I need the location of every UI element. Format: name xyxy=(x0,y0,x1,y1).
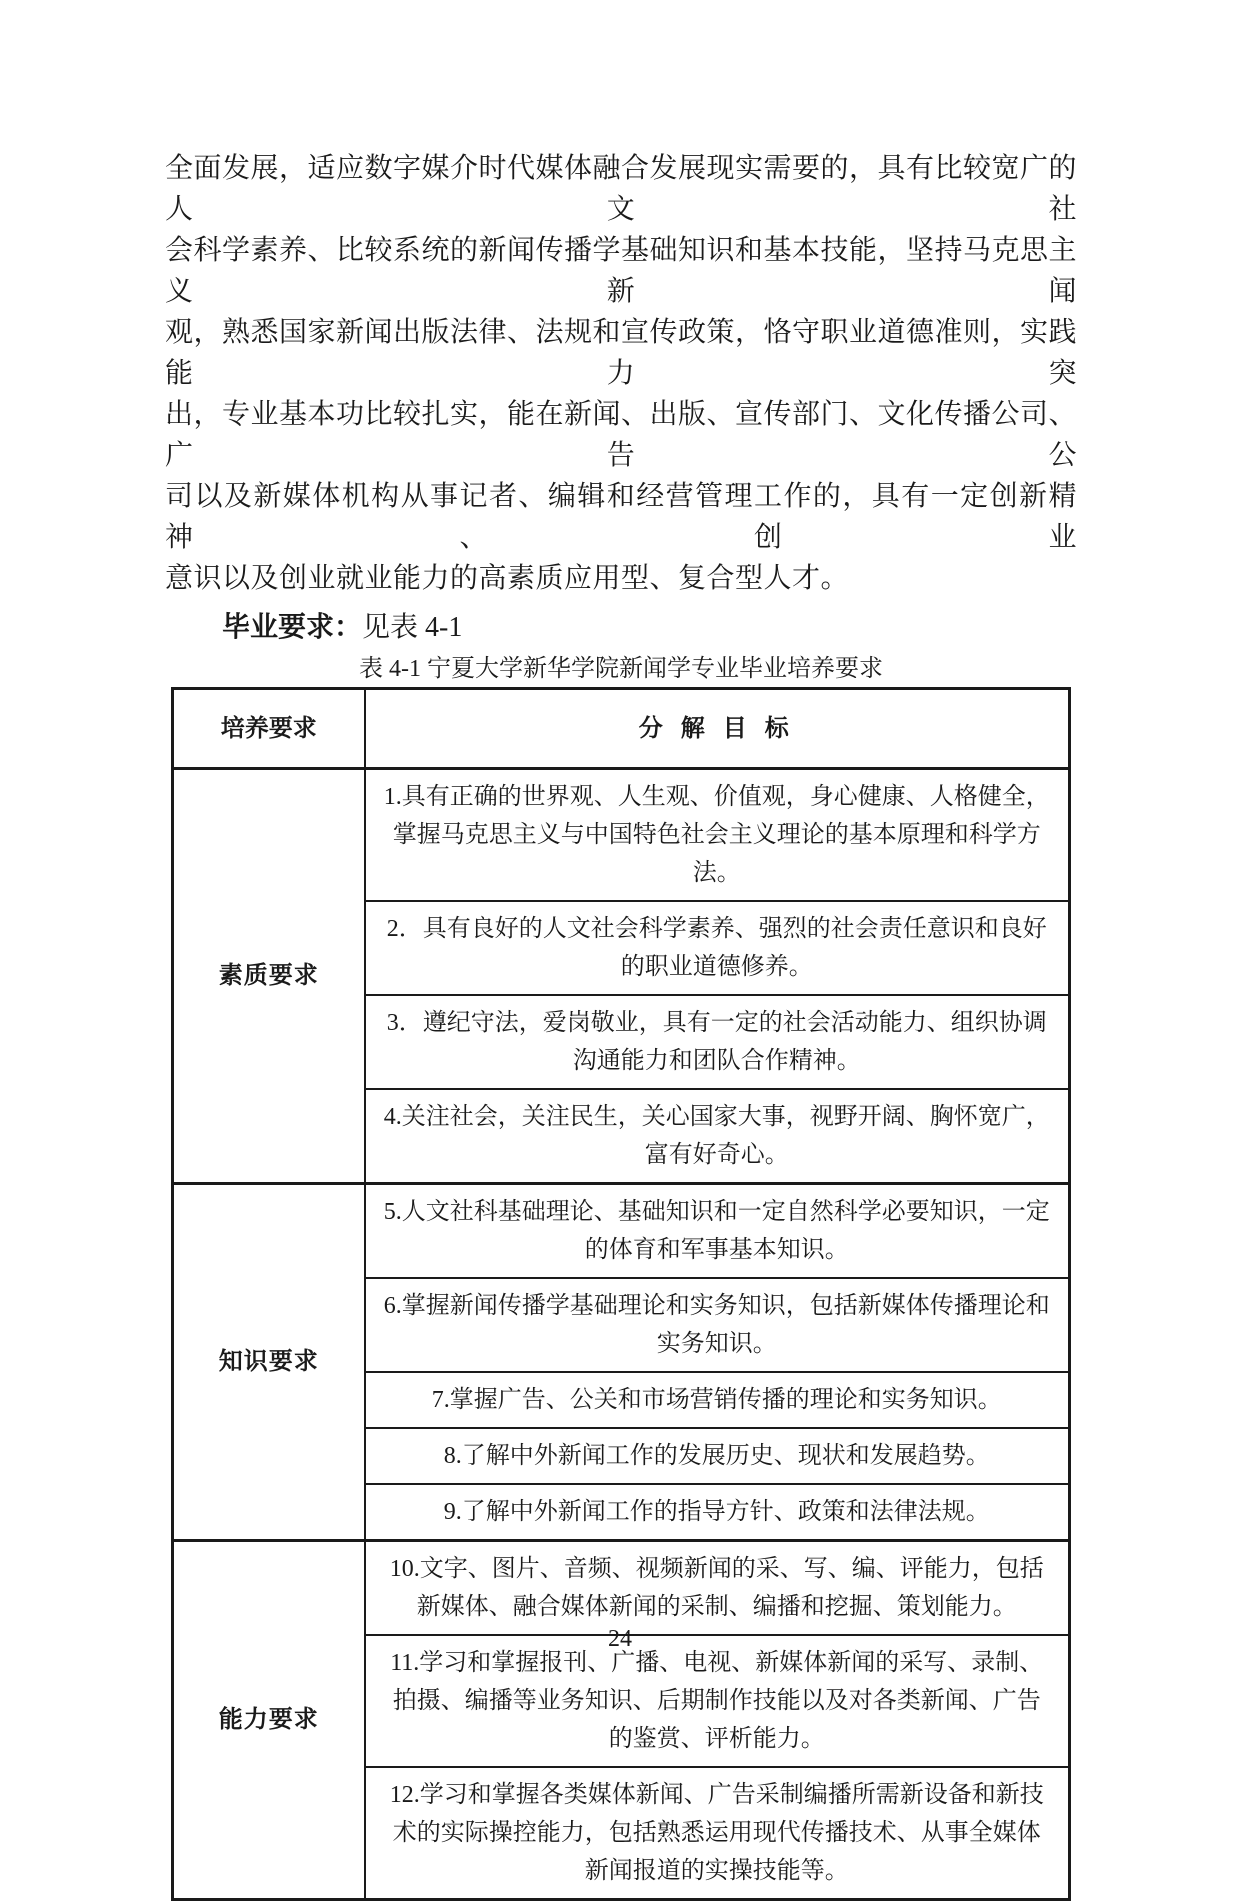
column-header-goal: 分 解 目 标 xyxy=(365,689,1070,769)
goal-item-2: 2．具有良好的人文社会科学素养、强烈的社会责任意识和良好的职业道德修养。 xyxy=(365,901,1070,995)
table-caption: 表 4-1 宁夏大学新华学院新闻学专业毕业培养要求 xyxy=(165,654,1077,684)
goal-item-10: 10.文字、图片、音频、视频新闻的采、写、编、评能力，包括新媒体、融合媒体新闻的… xyxy=(365,1541,1070,1636)
goal-item-11: 11.学习和掌握报刊、广播、电视、新媒体新闻的采写、录制、拍摄、编播等业务知识、… xyxy=(365,1635,1070,1767)
table-row: 知识要求 5.人文社科基础理论、基础知识和一定自然科学必要知识，一定的体育和军事… xyxy=(173,1184,1070,1279)
table-row: 素质要求 1.具有正确的世界观、人生观、价值观，身心健康、人格健全，掌握马克思主… xyxy=(173,769,1070,902)
intro-line: 出，专业基本功比较扎实，能在新闻、出版、宣传部门、文化传播公司、广告公 xyxy=(165,394,1077,476)
goal-item-7: 7.掌握广告、公关和市场营销传播的理论和实务知识。 xyxy=(365,1372,1070,1428)
column-header-requirement: 培养要求 xyxy=(173,689,365,769)
document-page: 全面发展，适应数字媒介时代媒体融合发展现实需要的，具有比较宽广的人文社 会科学素… xyxy=(0,0,1240,1753)
intro-line: 意识以及创业就业能力的高素质应用型、复合型人才。 xyxy=(165,558,1077,599)
intro-line: 司以及新媒体机构从事记者、编辑和经营管理工作的，具有一定创新精神、创业 xyxy=(165,476,1077,558)
goal-item-1: 1.具有正确的世界观、人生观、价值观，身心健康、人格健全，掌握马克思主义与中国特… xyxy=(365,769,1070,902)
section-label-ability: 能力要求 xyxy=(173,1541,365,1900)
graduation-requirement-label: 毕业要求： xyxy=(222,612,362,643)
intro-line: 会科学素养、比较系统的新闻传播学基础知识和基本技能，坚持马克思主义新闻 xyxy=(165,230,1077,312)
goal-item-9: 9.了解中外新闻工作的指导方针、政策和法律法规。 xyxy=(365,1484,1070,1541)
table-row: 能力要求 10.文字、图片、音频、视频新闻的采、写、编、评能力，包括新媒体、融合… xyxy=(173,1541,1070,1636)
graduation-requirement-line: 毕业要求：见表 4-1 xyxy=(165,605,1077,651)
table-header-row: 培养要求 分 解 目 标 xyxy=(173,689,1070,769)
intro-line: 观，熟悉国家新闻出版法律、法规和宣传政策，恪守职业道德准则，实践能力突 xyxy=(165,312,1077,394)
section-label-knowledge: 知识要求 xyxy=(173,1184,365,1541)
page-number: 24 xyxy=(0,1626,1240,1653)
graduation-requirement-value: 见表 4-1 xyxy=(362,612,462,643)
goal-item-3: 3．遵纪守法，爱岗敬业，具有一定的社会活动能力、组织协调沟通能力和团队合作精神。 xyxy=(365,995,1070,1089)
graduation-requirements-table: 培养要求 分 解 目 标 素质要求 1.具有正确的世界观、人生观、价值观，身心健… xyxy=(171,687,1071,1901)
section-label-quality: 素质要求 xyxy=(173,769,365,1184)
goal-item-6: 6.掌握新闻传播学基础理论和实务知识，包括新媒体传播理论和实务知识。 xyxy=(365,1278,1070,1372)
goal-item-4: 4.关注社会，关注民生，关心国家大事，视野开阔、胸怀宽广，富有好奇心。 xyxy=(365,1089,1070,1184)
intro-line: 全面发展，适应数字媒介时代媒体融合发展现实需要的，具有比较宽广的人文社 xyxy=(165,148,1077,230)
intro-paragraph: 全面发展，适应数字媒介时代媒体融合发展现实需要的，具有比较宽广的人文社 会科学素… xyxy=(165,148,1077,599)
goal-item-12: 12.学习和掌握各类媒体新闻、广告采制编播所需新设备和新技术的实际操控能力，包括… xyxy=(365,1767,1070,1900)
goal-item-8: 8.了解中外新闻工作的发展历史、现状和发展趋势。 xyxy=(365,1428,1070,1484)
goal-item-5: 5.人文社科基础理论、基础知识和一定自然科学必要知识，一定的体育和军事基本知识。 xyxy=(365,1184,1070,1279)
